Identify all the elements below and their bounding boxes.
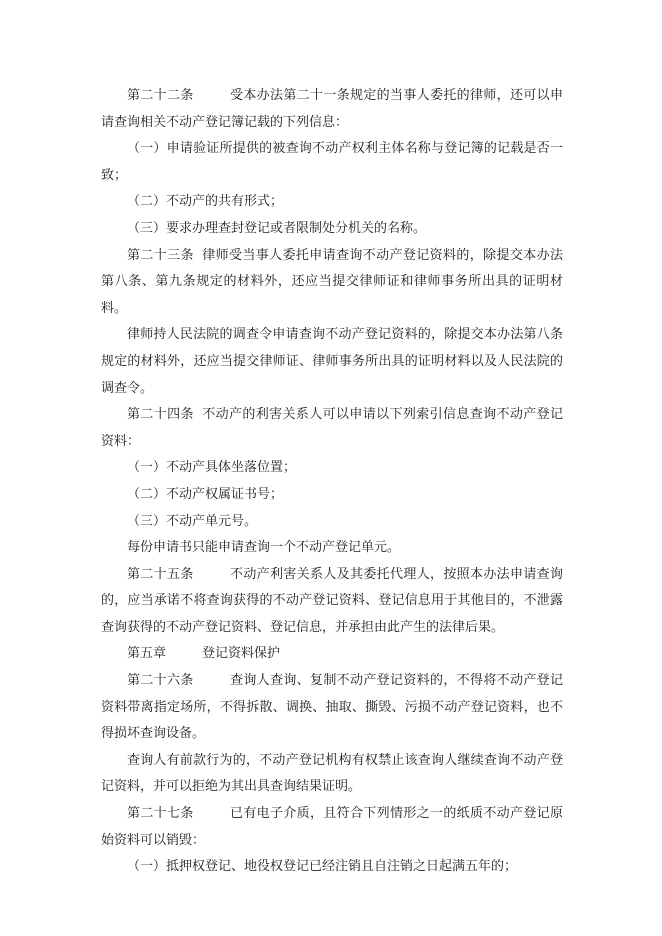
article-24: 第二十四条不动产的利害关系人可以申请以下列索引信息查询不动产登记资料：: [101, 402, 563, 455]
list-item: （二）不动产权属证书号；: [101, 482, 563, 509]
list-item: （二）不动产的共有形式；: [101, 189, 563, 216]
article-label: 第二十六条: [127, 673, 194, 688]
list-item: （一）不动产具体坐落位置；: [101, 455, 563, 482]
article-22: 第二十二条受本办法第二十一条规定的当事人委托的律师，还可以申请查询相关不动产登记…: [101, 83, 563, 136]
article-label: 第二十五条: [127, 567, 194, 582]
article-label: 第二十二条: [127, 88, 194, 103]
article-label: 第二十七条: [127, 806, 194, 821]
paragraph: 律师持人民法院的调查令申请查询不动产登记资料的，除提交本办法第八条规定的材料外，…: [101, 322, 563, 402]
article-26: 第二十六条查询人查询、复制不动产登记资料的，不得将不动产登记资料带离指定场所，不…: [101, 668, 563, 748]
article-label: 第二十三条: [127, 248, 194, 263]
article-25: 第二十五条不动产利害关系人及其委托代理人，按照本办法申请查询的，应当承诺不将查询…: [101, 562, 563, 642]
article-label: 第二十四条: [127, 407, 194, 422]
chapter-title: 登记资料保护: [202, 646, 280, 661]
article-23: 第二十三条律师受当事人委托申请查询不动产登记资料的，除提交本办法第八条、第九条规…: [101, 243, 563, 323]
list-item: （一）抵押权登记、地役权登记已经注销且自注销之日起满五年的；: [101, 854, 563, 881]
chapter-label: 第五章: [127, 646, 166, 661]
list-item: （三）不动产单元号。: [101, 509, 563, 536]
document-page: 第二十二条受本办法第二十一条规定的当事人委托的律师，还可以申请查询相关不动产登记…: [101, 83, 563, 881]
paragraph: 每份申请书只能申请查询一个不动产登记单元。: [101, 535, 563, 562]
paragraph: 查询人有前款行为的，不动产登记机构有权禁止该查询人继续查询不动产登记资料，并可以…: [101, 748, 563, 801]
chapter-heading: 第五章登记资料保护: [101, 641, 563, 668]
article-27: 第二十七条已有电子介质，且符合下列情形之一的纸质不动产登记原始资料可以销毁：: [101, 801, 563, 854]
list-item: （三）要求办理查封登记或者限制处分机关的名称。: [101, 216, 563, 243]
list-item: （一）申请验证所提供的被查询不动产权利主体名称与登记簿的记载是否一致；: [101, 136, 563, 189]
